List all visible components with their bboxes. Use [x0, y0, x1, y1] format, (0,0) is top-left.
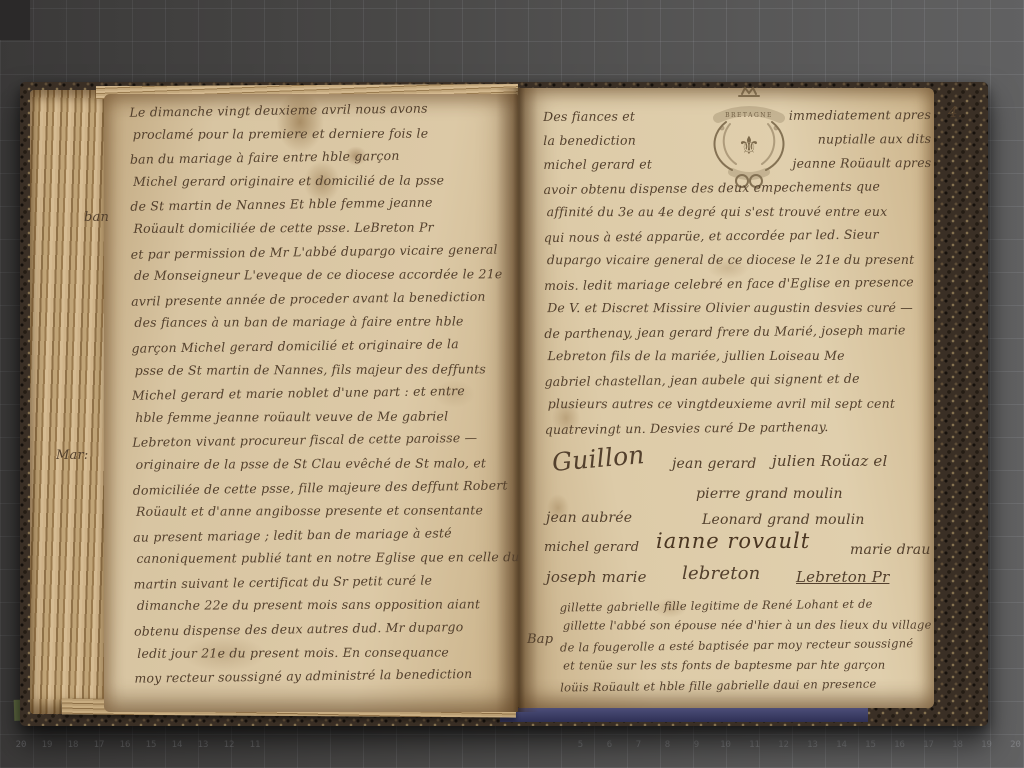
folio-number: 4. [948, 103, 963, 121]
ruler-number: 5 [566, 740, 595, 750]
manuscript-line: moy recteur soussigné ay administré la b… [134, 666, 520, 695]
ruler-number: 6 [595, 740, 624, 750]
manuscript-line-split: Des fiances et immediatement apres [543, 107, 931, 133]
stamp-crown [742, 88, 756, 94]
signature-leonard-grand-moulin: Leonard grand moulin [702, 512, 865, 528]
ruler-number: 19 [34, 740, 60, 750]
ruler-number: 18 [60, 740, 86, 750]
left-page-text: Le dimanche vingt deuxieme avril nous av… [129, 100, 520, 693]
manuscript-line: De V. et Discret Missire Olivier augusti… [544, 300, 932, 324]
manuscript-line: mois. ledit mariage celebré en face d'Eg… [544, 274, 932, 302]
line-fragment-left: Des fiances et [543, 109, 635, 133]
signature-block: Guillon jean gerard julien Roüaz el pier… [544, 446, 942, 594]
ruler-number: 11 [242, 740, 268, 750]
manuscript-line: Roüault et d'anne angibosse presente et … [133, 502, 519, 527]
signature-jean-gerard: jean gerard [672, 456, 757, 472]
ruler-number: 13 [798, 740, 827, 750]
manuscript-line: de parthenay, jean gerard frere du Marié… [544, 322, 932, 350]
mat-corner-marker [0, 0, 30, 40]
ruler-scale-right: 567891011121314151617181920 [566, 740, 1024, 750]
signature-guillon: Guillon [551, 440, 646, 477]
line-fragment-left: michel gerard et [543, 156, 652, 181]
ruler-number: 15 [856, 740, 885, 750]
ruler-number: 12 [216, 740, 242, 750]
ruler-number: 20 [8, 740, 34, 750]
signature-janne-rovault: ianne rovault [656, 529, 810, 553]
manuscript-line: de Monseigneur L'eveque de ce diocese ac… [131, 266, 517, 291]
signature-marie-drau: marie drau [850, 542, 931, 558]
signature-lebreton: lebreton [682, 563, 760, 584]
ruler-number: 8 [653, 740, 682, 750]
manuscript-line: des fiances à un ban de mariage à faire … [131, 314, 517, 339]
manuscript-line: originaire de la psse de St Clau evêché … [133, 455, 519, 480]
signature-joseph-marie: joseph marie [546, 568, 647, 586]
manuscript-line-split: michel gerard et jeanne Roüault apres [543, 155, 931, 181]
ruler-number: 17 [86, 740, 112, 750]
ruler-number: 15 [138, 740, 164, 750]
manuscript-line: gabriel chastellan, jean aubele qui sign… [544, 370, 932, 398]
ruler-number: 11 [740, 740, 769, 750]
signature-michel-gerard: michel gerard [544, 540, 639, 555]
margin-note-bapteme: Bap [527, 632, 553, 647]
baptism-entry-text: gillette gabrielle fille legitime de Ren… [560, 597, 967, 700]
manuscript-line: plusieurs autres ce vingtdeuxieme avril … [545, 396, 933, 420]
line-fragment-right: jeanne Roüault apres [792, 155, 931, 180]
signature-julien-rouaz: julien Roüaz el [772, 452, 888, 470]
signature-pierre-grand-moulin: pierre grand moulin [696, 486, 843, 502]
ruler-number: 18 [943, 740, 972, 750]
ruler-number: 20 [1001, 740, 1024, 750]
manuscript-line: garçon Michel gerard domicilié et origin… [131, 335, 517, 364]
manuscript-line: affinité du 3e au 4e degré qui s'est tro… [544, 204, 932, 228]
margin-note-mariage: Mar: [56, 448, 88, 463]
ruler-number: 19 [972, 740, 1001, 750]
manuscript-line: qui nous à esté apparüe, et accordée par… [544, 226, 932, 254]
ruler-number: 10 [711, 740, 740, 750]
right-page-body-lines: avoir obtenu dispense des deux empecheme… [544, 179, 933, 445]
manuscript-line: dupargo vicaire general de ce diocese le… [544, 252, 932, 276]
margin-note-ban: ban [84, 210, 109, 225]
manuscript-line: Lebreton fils de la mariée, jullien Lois… [544, 348, 932, 372]
signature-lebreton-pr: Lebreton Pr [796, 568, 889, 586]
ruler-scale-left: 20191817161514131211 [8, 740, 284, 750]
manuscript-line: Michel gerard et marie noblet d'une part… [132, 382, 518, 411]
line-fragment-left: la benediction [543, 133, 636, 157]
ruler-number: 17 [914, 740, 943, 750]
manuscript-line: Roüault domiciliée de cette psse. LeBret… [131, 219, 517, 244]
manuscript-line-split: la benediction nuptialle aux dits [543, 131, 931, 157]
manuscript-line: Le dimanche vingt deuxieme avril nous av… [129, 99, 515, 128]
ruler-number: 16 [112, 740, 138, 750]
manuscript-line: quatrevingt un. Desvies curé De parthena… [545, 418, 933, 446]
ruler-number: 16 [885, 740, 914, 750]
ruler-number: 12 [769, 740, 798, 750]
manuscript-line: loüis Roüault et hble fille gabrielle da… [560, 676, 966, 701]
ruler-number: 13 [190, 740, 216, 750]
manuscript-line: de St martin de Nannes Et hble femme jea… [130, 194, 516, 223]
cover-board-blue-edge [500, 708, 868, 722]
ruler-number: 14 [164, 740, 190, 750]
right-page-text: Des fiances et immediatement apres la be… [543, 107, 933, 445]
manuscript-line: obtenu dispense des deux autres dud. Mr … [134, 618, 520, 647]
left-page-block-edges [30, 90, 108, 714]
ruler-number: 9 [682, 740, 711, 750]
ruler-number: 14 [827, 740, 856, 750]
manuscript-line: Lebreton vivant procureur fiscal de cett… [132, 430, 518, 459]
line-fragment-right: immediatement apres [789, 107, 931, 132]
manuscript-line: ban du mariage à faire entre hble garçon [130, 147, 516, 176]
photograph-of-parish-register: 20191817161514131211 5678910111213141516… [0, 0, 1024, 768]
signature-jean-aubree: jean aubrée [546, 510, 632, 526]
ruler-number: 7 [624, 740, 653, 750]
manuscript-line: canoniquement publié tant en notre Eglis… [133, 549, 519, 574]
right-page-header-lines: Des fiances et immediatement apres la be… [543, 107, 931, 181]
manuscript-line: avoir obtenu dispense des deux empecheme… [543, 178, 931, 206]
line-fragment-right: nuptialle aux dits [818, 131, 932, 156]
